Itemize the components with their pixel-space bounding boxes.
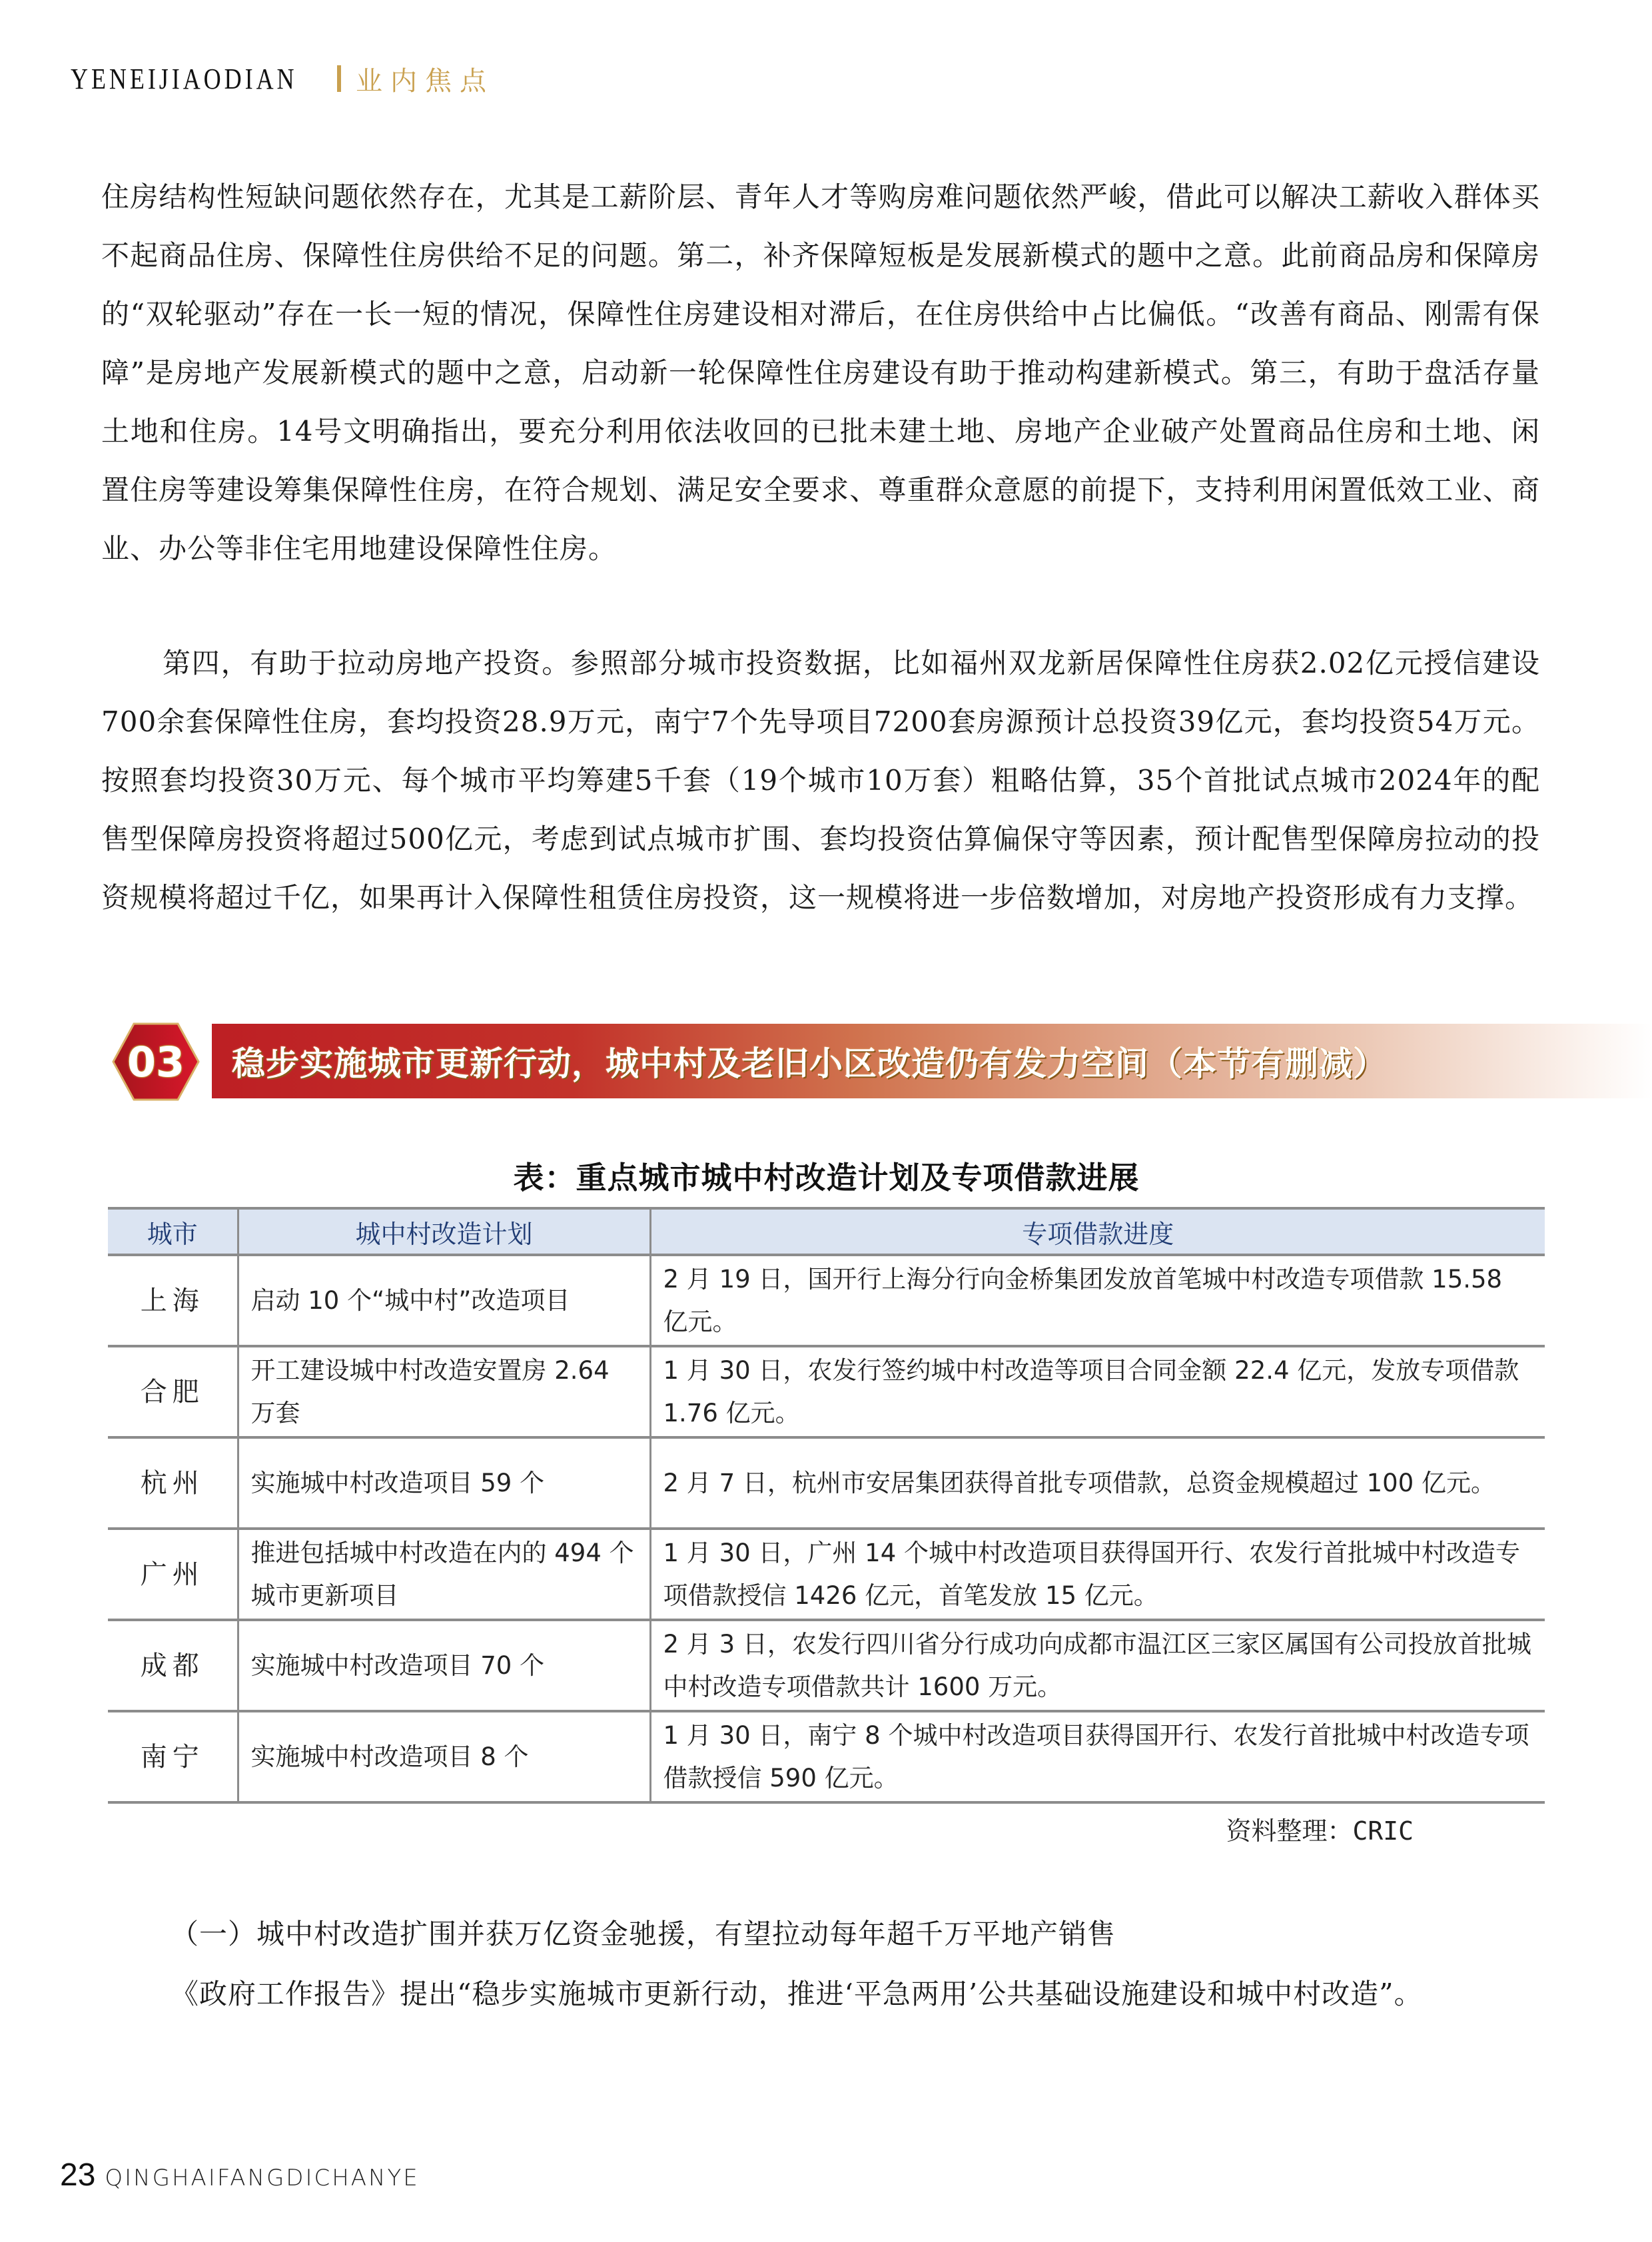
running-header: YENEIJIAODIAN 业内焦点 [71,59,494,99]
cell-city: 合肥 [108,1346,238,1437]
cell-progress: 1 月 30 日，农发行签约城中村改造等项目合同金额 22.4 亿元，发放专项借… [650,1346,1545,1437]
cell-city: 南宁 [108,1711,238,1802]
table-row: 上海 启动 10 个“城中村”改造项目 2 月 19 日，国开行上海分行向金桥集… [108,1255,1545,1346]
cell-progress: 2 月 3 日，农发行四川省分行成功向成都市温江区三家区属国有公司投放首批城中村… [650,1620,1545,1711]
body-paragraph-2: 第四，有助于拉动房地产投资。参照部分城市投资数据，比如福州双龙新居保障性住房获2… [101,634,1540,927]
section-number: 03 [112,1022,200,1101]
magazine-name: QINGHAIFANGDICHANYE [105,2165,419,2191]
table-row: 杭州 实施城中村改造项目 59 个 2 月 7 日，杭州市安居集团获得首批专项借… [108,1437,1545,1529]
section-number-badge: 03 [112,1022,200,1101]
table-row: 南宁 实施城中村改造项目 8 个 1 月 30 日，南宁 8 个城中村改造项目获… [108,1711,1545,1802]
cell-city: 广州 [108,1529,238,1620]
page-footer: 23 QINGHAIFANGDICHANYE [60,2157,420,2193]
cell-plan: 实施城中村改造项目 70 个 [238,1620,650,1711]
column-header-city: 城市 [108,1208,238,1255]
subsection-paragraph: 《政府工作报告》提出“稳步实施城市更新行动，推进‘平急两用’公共基础设施建设和城… [171,1965,1569,2024]
cell-progress: 1 月 30 日，广州 14 个城中村改造项目获得国开行、农发行首批城中村改造专… [650,1529,1545,1620]
cell-plan: 推进包括城中村改造在内的 494 个城市更新项目 [238,1529,650,1620]
section-name-en: YENEIJIAODIAN [71,62,300,96]
loan-progress-table: 城市 城中村改造计划 专项借款进度 上海 启动 10 个“城中村”改造项目 2 … [108,1207,1545,1804]
cell-plan: 实施城中村改造项目 8 个 [238,1711,650,1802]
cell-plan: 实施城中村改造项目 59 个 [238,1437,650,1529]
table-row: 成都 实施城中村改造项目 70 个 2 月 3 日，农发行四川省分行成功向成都市… [108,1620,1545,1711]
cell-city: 上海 [108,1255,238,1346]
cell-city: 杭州 [108,1437,238,1529]
column-header-plan: 城中村改造计划 [238,1208,650,1255]
table-row: 广州 推进包括城中村改造在内的 494 个城市更新项目 1 月 30 日，广州 … [108,1529,1545,1620]
table-source: 资料整理：CRIC [1226,1810,1414,1847]
header-divider [337,65,341,92]
section-title: 稳步实施城市更新行动，城中村及老旧小区改造仍有发力空间（本节有删减） [232,1037,1387,1085]
body-paragraph-1: 住房结构性短缺问题依然存在，尤其是工薪阶层、青年人才等购房难问题依然严峻，借此可… [101,168,1540,578]
section-banner: 稳步实施城市更新行动，城中村及老旧小区改造仍有发力空间（本节有删减） [212,1024,1652,1098]
cell-progress: 1 月 30 日，南宁 8 个城中村改造项目获得国开行、农发行首批城中村改造专项… [650,1711,1545,1802]
column-header-progress: 专项借款进度 [650,1208,1545,1255]
cell-plan: 开工建设城中村改造安置房 2.64 万套 [238,1346,650,1437]
cell-city: 成都 [108,1620,238,1711]
table-row: 合肥 开工建设城中村改造安置房 2.64 万套 1 月 30 日，农发行签约城中… [108,1346,1545,1437]
table-title: 表：重点城市城中村改造计划及专项借款进展 [108,1154,1545,1198]
cell-plan: 启动 10 个“城中村”改造项目 [238,1255,650,1346]
cell-progress: 2 月 7 日，杭州市安居集团获得首批专项借款，总资金规模超过 100 亿元。 [650,1437,1545,1529]
section-name-zh: 业内焦点 [356,60,494,98]
subsection-heading: （一）城中村改造扩围并获万亿资金驰援，有望拉动每年超千万平地产销售 [171,1905,1569,1964]
page-number: 23 [60,2157,95,2193]
cell-progress: 2 月 19 日，国开行上海分行向金桥集团发放首笔城中村改造专项借款 15.58… [650,1255,1545,1346]
table-header-row: 城市 城中村改造计划 专项借款进度 [108,1208,1545,1255]
